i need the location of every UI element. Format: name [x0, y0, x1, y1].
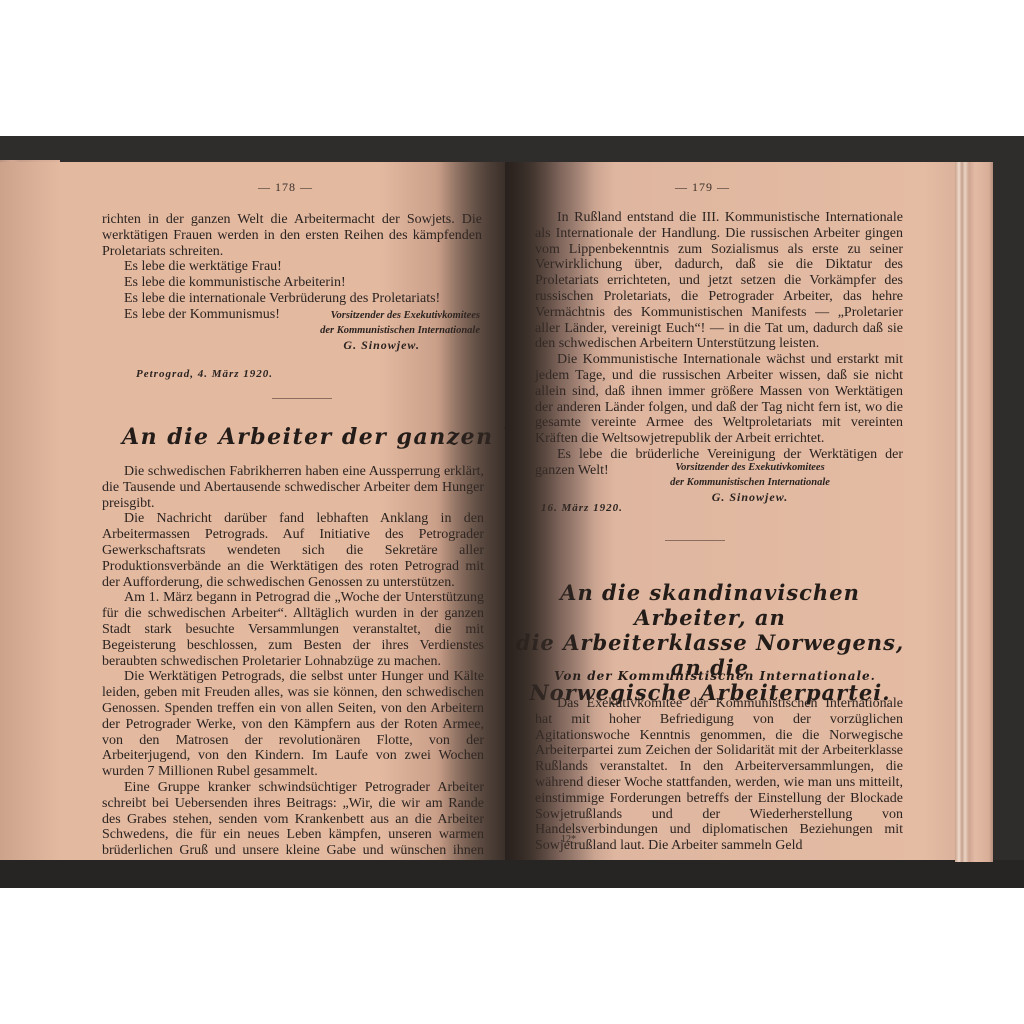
paragraph: Eine Gruppe kranker schwindsüchtiger Pet… — [102, 780, 484, 860]
paragraph: Die schwedischen Fabrikherren haben eine… — [102, 464, 484, 511]
paragraph: In Rußland entstand die III. Kommunistis… — [535, 210, 903, 352]
left-page-body: Die schwedischen Fabrikherren haben eine… — [102, 464, 484, 860]
paragraph: Das Exekutivkomitee der Kommunistischen … — [535, 696, 903, 854]
signature-org: der Kommunistischen Internationale — [240, 323, 480, 338]
signature-org: der Kommunistischen Internationale — [625, 475, 875, 490]
slogan: Es lebe die kommunistische Arbeiterin! — [124, 275, 482, 291]
left-page-text-top: richten in der ganzen Welt die Arbeiterm… — [102, 212, 482, 323]
date-line: Petrograd, 4. März 1920. — [136, 368, 273, 380]
paragraph: Die Werktätigen Petrograds, die selbst u… — [102, 669, 484, 780]
paragraph: Die Nachricht darüber fand lebhaften Ank… — [102, 511, 484, 590]
section-subheading: Von der Kommunistischen Internationale. — [525, 669, 905, 683]
right-page-body: Das Exekutivkomitee der Kommunistischen … — [535, 696, 903, 854]
section-heading: An die Arbeiter der ganzen Welt — [122, 424, 505, 450]
signature-title: Vorsitzender des Exekutivkomitees — [625, 460, 875, 475]
paragraph: richten in der ganzen Welt die Arbeiterm… — [102, 212, 482, 259]
page-number: — 178 — — [258, 180, 313, 195]
left-page: — 178 — richten in der ganzen Welt die A… — [0, 162, 505, 860]
paragraph: Am 1. März begann in Petrograd die „Woch… — [102, 590, 484, 669]
signature-name: G. Sinowjew. — [625, 490, 875, 505]
section-divider — [272, 398, 332, 399]
book-cover-bottom — [0, 860, 1024, 888]
slogan: Es lebe die internationale Verbrüderung … — [124, 291, 482, 307]
slogan: Es lebe die werktätige Frau! — [124, 259, 482, 275]
heading-line: An die skandinavischen Arbeiter, an — [515, 580, 905, 630]
page-number: — 179 — — [675, 180, 730, 195]
section-divider — [665, 540, 725, 541]
right-page-edges — [955, 162, 993, 862]
signature-block: Vorsitzender des Exekutivkomitees der Ko… — [240, 308, 480, 353]
paragraph: Die Kommunistische Internationale wächst… — [535, 352, 903, 447]
signature-name: G. Sinowjew. — [240, 338, 420, 353]
right-page-text-top: In Rußland entstand die III. Kommunistis… — [535, 210, 903, 479]
section-heading: An die skandinavischen Arbeiter, an die … — [515, 580, 905, 705]
right-page: — 179 — In Rußland entstand die III. Kom… — [505, 162, 955, 860]
signature-title: Vorsitzender des Exekutivkomitees — [240, 308, 480, 323]
signature-block: Vorsitzender des Exekutivkomitees der Ko… — [625, 460, 875, 505]
date-line: 16. März 1920. — [541, 502, 623, 514]
signature-mark: 12* — [561, 834, 576, 845]
